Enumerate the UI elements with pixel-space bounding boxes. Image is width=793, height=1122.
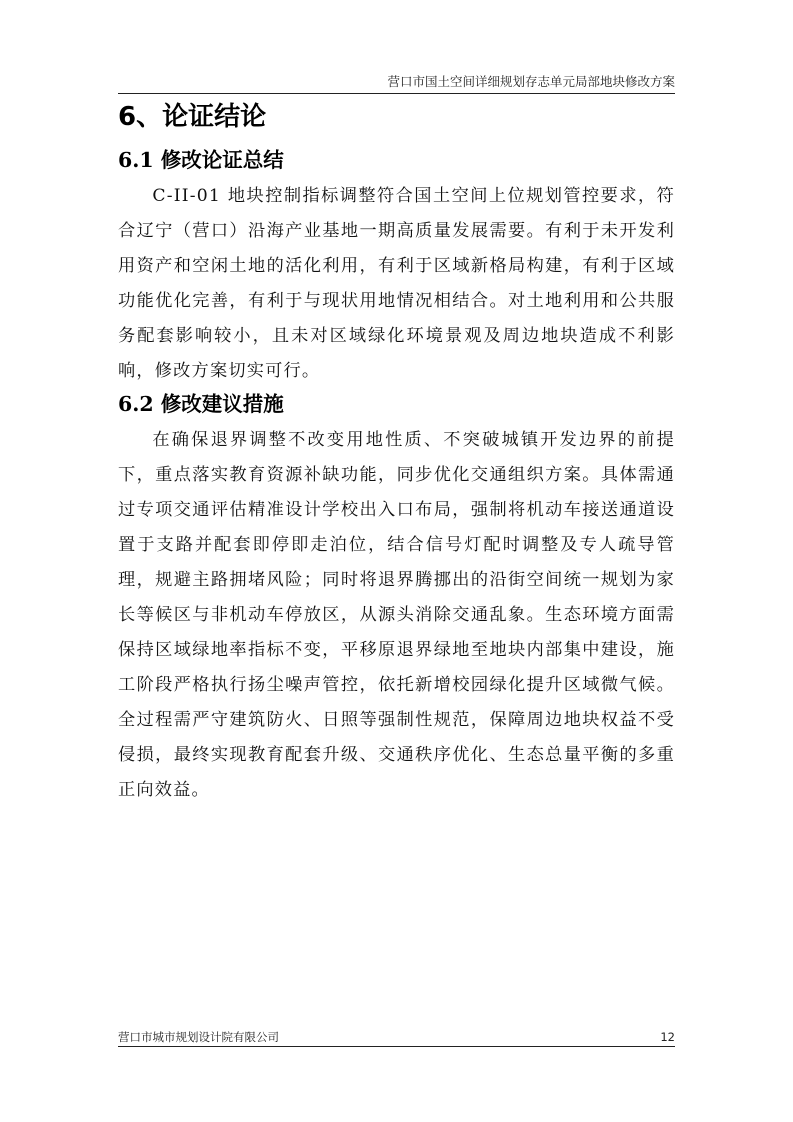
page-number: 12 bbox=[660, 1030, 675, 1045]
paragraph-6-1: C-II-01 地块控制指标调整符合国土空间上位规划管控要求，符合辽宁（营口）沿… bbox=[118, 179, 675, 389]
subsection-title-6-2: 6.2 修改建议措施 bbox=[118, 390, 284, 418]
page-header: 营口市国土空间详细规划存志单元局部地块修改方案 bbox=[118, 74, 675, 94]
subsection-title-6-1: 6.1 修改论证总结 bbox=[118, 146, 284, 174]
document-page: 营口市国土空间详细规划存志单元局部地块修改方案 6、论证结论 6.1 修改论证总… bbox=[0, 0, 793, 1122]
paragraph-6-2: 在确保退界调整不改变用地性质、不突破城镇开发边界的前提下，重点落实教育资源补缺功… bbox=[118, 423, 675, 808]
page-footer: 营口市城市规划设计院有限公司 12 bbox=[118, 1030, 675, 1047]
footer-organization: 营口市城市规划设计院有限公司 bbox=[118, 1030, 279, 1045]
section-title: 6、论证结论 bbox=[118, 100, 266, 134]
